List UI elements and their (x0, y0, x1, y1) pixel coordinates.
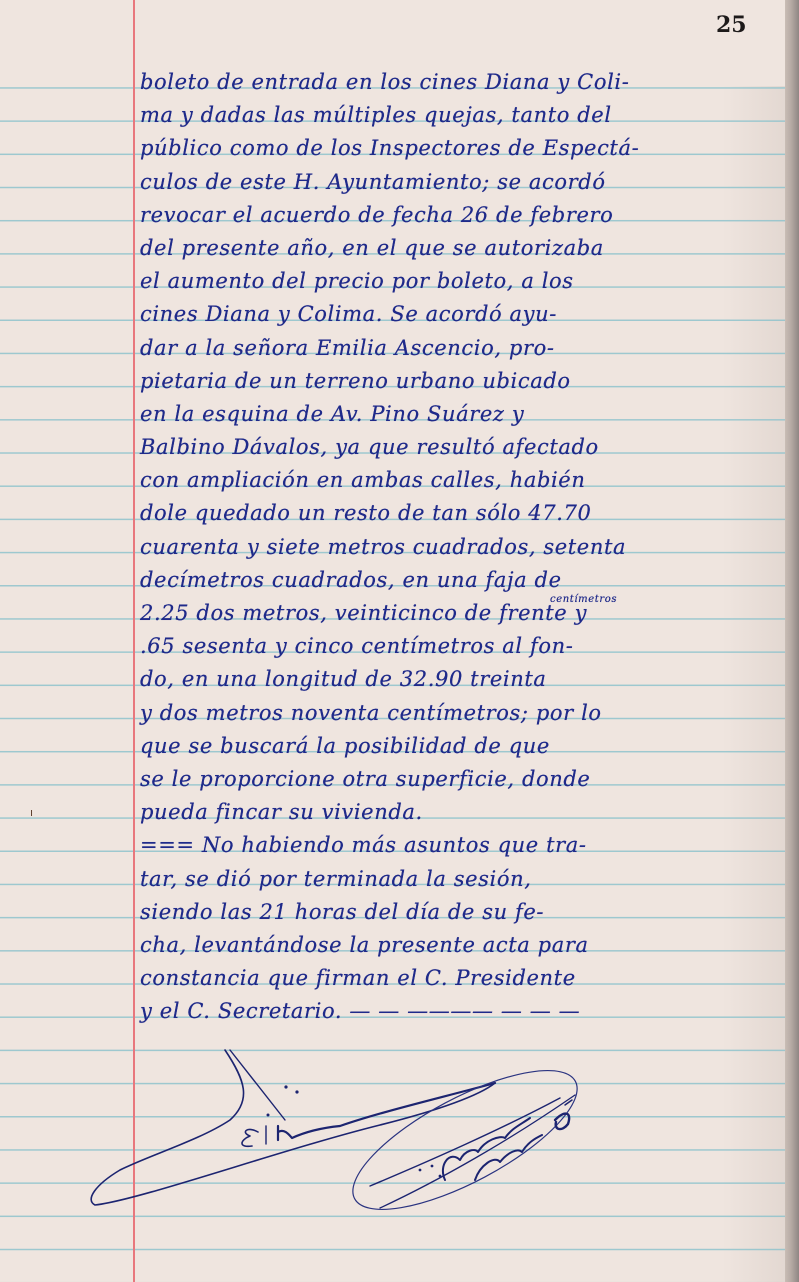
book-binding-edge (785, 0, 799, 1282)
margin-mark: ı (30, 806, 33, 819)
text-line: con ampliación en ambas calles, habién (140, 464, 780, 497)
text-line: boleto de entrada en los cines Diana y C… (140, 66, 780, 99)
text-line: do, en una longitud de 32.90 treinta (140, 663, 780, 696)
text-line: pietaria de un terreno urbano ubicado (140, 365, 780, 398)
text-line: Balbino Dávalos, ya que resultó afectado (140, 431, 780, 464)
notebook-page: 25 ı boleto de entrada en los cines Dian… (0, 0, 785, 1282)
text-line: cuarenta y siete metros cuadrados, seten… (140, 531, 780, 564)
text-line: .65 sesenta y cinco centímetros al fon- (140, 630, 780, 663)
text-line: pueda fincar su vivienda. (140, 796, 780, 829)
signature-strokes (80, 1040, 640, 1282)
text-line-with-insertion: centímetros 2.25 dos metros, veinticinco… (140, 597, 780, 630)
text-line: culos de este H. Ayuntamiento; se acordó (140, 166, 780, 199)
text-line: cha, levantándose la presente acta para (140, 929, 780, 962)
text-line: que se buscará la posibilidad de que (140, 730, 780, 763)
text-line: y dos metros noventa centímetros; por lo (140, 697, 780, 730)
text-line: siendo las 21 horas del día de su fe- (140, 896, 780, 929)
text-line: en la esquina de Av. Pino Suárez y (140, 398, 780, 431)
presidente-signature (91, 1050, 495, 1205)
text-line: decímetros cuadrados, en una faja de (140, 564, 780, 597)
text-line: === No habiendo más asuntos que tra- (140, 829, 780, 862)
text-line: público como de los Inspectores de Espec… (140, 132, 780, 165)
text-line: dole quedado un resto de tan sólo 47.70 (140, 497, 780, 530)
text-line: se le proporcione otra superficie, donde (140, 763, 780, 796)
text-line: del presente año, en el que se autorizab… (140, 232, 780, 265)
text-line: y el C. Secretario. — — ———— — — — (140, 995, 780, 1028)
page-number: 25 (716, 12, 747, 38)
text-line: cines Diana y Colima. Se acordó ayu- (140, 298, 780, 331)
signatures: C. Presidente C. Secretario (80, 1040, 640, 1282)
text-line: constancia que firman el C. Presidente (140, 962, 780, 995)
text-line: el aumento del precio por boleto, a los (140, 265, 780, 298)
handwritten-minutes: boleto de entrada en los cines Diana y C… (140, 66, 780, 1028)
interlinear-insertion: centímetros (550, 583, 617, 616)
text-line: dar a la señora Emilia Ascencio, pro- (140, 332, 780, 365)
text-line: revocar el acuerdo de fecha 26 de febrer… (140, 199, 780, 232)
text-line: tar, se dió por terminada la sesión, (140, 863, 780, 896)
secretario-signature (335, 1044, 595, 1236)
text-line: 2.25 dos metros, veinticinco de frente y (140, 601, 587, 625)
text-line: ma y dadas las múltiples quejas, tanto d… (140, 99, 780, 132)
